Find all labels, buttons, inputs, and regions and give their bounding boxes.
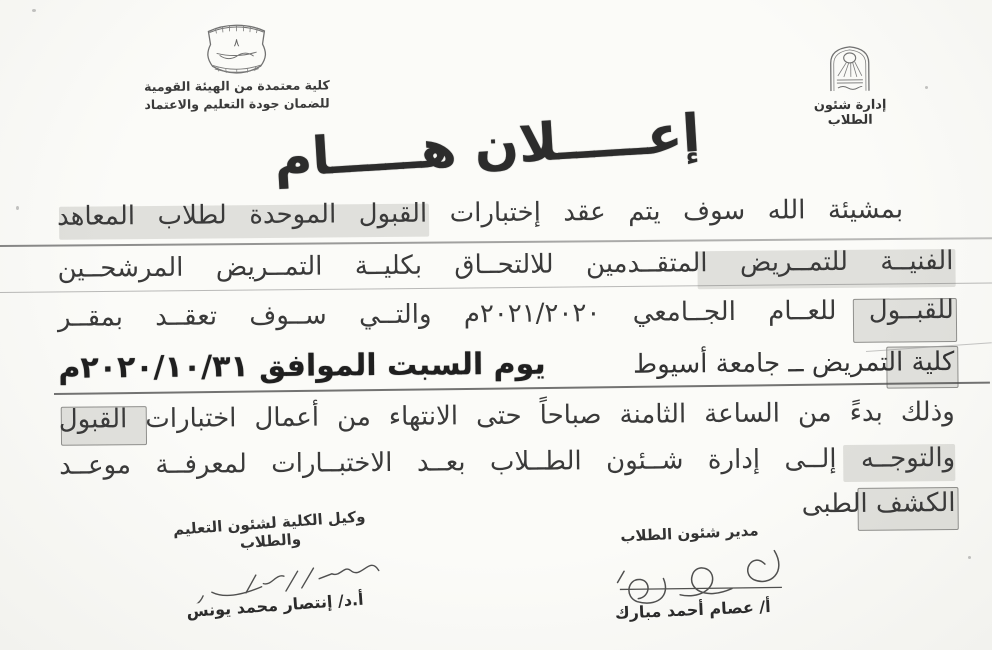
student-affairs-caption: إدارة شئون الطلاب [791,97,909,128]
scan-speck [925,86,928,89]
body-line-6: والتوجــه إلــى إدارة شــئون الطــلاب بع… [59,442,955,482]
vice-dean-signature-block: وكيل الكلية لشئون التعليم والطلاب أ.د/ إ… [145,505,399,623]
university-emblem-icon [821,43,879,96]
scan-tilt-wrapper: ٨ كلية معتمدة من الهيئة القومية للضمان ج… [0,0,992,650]
director-signature-scrawl-icon [588,540,795,607]
announcement-title: إعـــــلان هـــــام [295,104,702,189]
accreditation-caption-line1: كلية معتمدة من الهيئة القومية [131,76,343,95]
scan-speck [16,206,19,210]
scanned-announcement-document: ٨ كلية معتمدة من الهيئة القومية للضمان ج… [0,0,992,650]
accreditation-emblem-icon: ٨ [195,22,277,75]
accreditation-caption-line2: للضمان جودة التعليم والاعتماد [131,94,343,113]
emblem-number: ٨ [234,36,240,49]
body-line-4: كلية التمريض ــ جامعة أسيوط يوم السبت ال… [58,342,954,387]
body-line-4-location: كلية التمريض ــ جامعة أسيوط [633,346,955,381]
student-affairs-badge: إدارة شئون الطلاب [791,42,910,128]
body-line-4-exam-date: يوم السبت الموافق ٢٠٢٠/١٠/٣١م [58,346,546,388]
body-line-3: للقبــول للعــام الجــامعي ٢٠٢١/٢٠٢٠م وا… [58,294,954,334]
scan-speck [32,9,36,12]
body-line-5: وذلك بدءً من الساعة الثامنة صباحاً حتى ا… [59,396,955,436]
accreditation-badge: ٨ كلية معتمدة من الهيئة القومية للضمان ج… [130,21,343,113]
body-line-1: بمشيئة الله سوف يتم عقد إختبارات القبول … [57,193,953,233]
scan-speck [968,556,971,559]
director-signature-block: مدير شئون الطلاب أ/ عصام أحمد مبارك [580,520,802,624]
